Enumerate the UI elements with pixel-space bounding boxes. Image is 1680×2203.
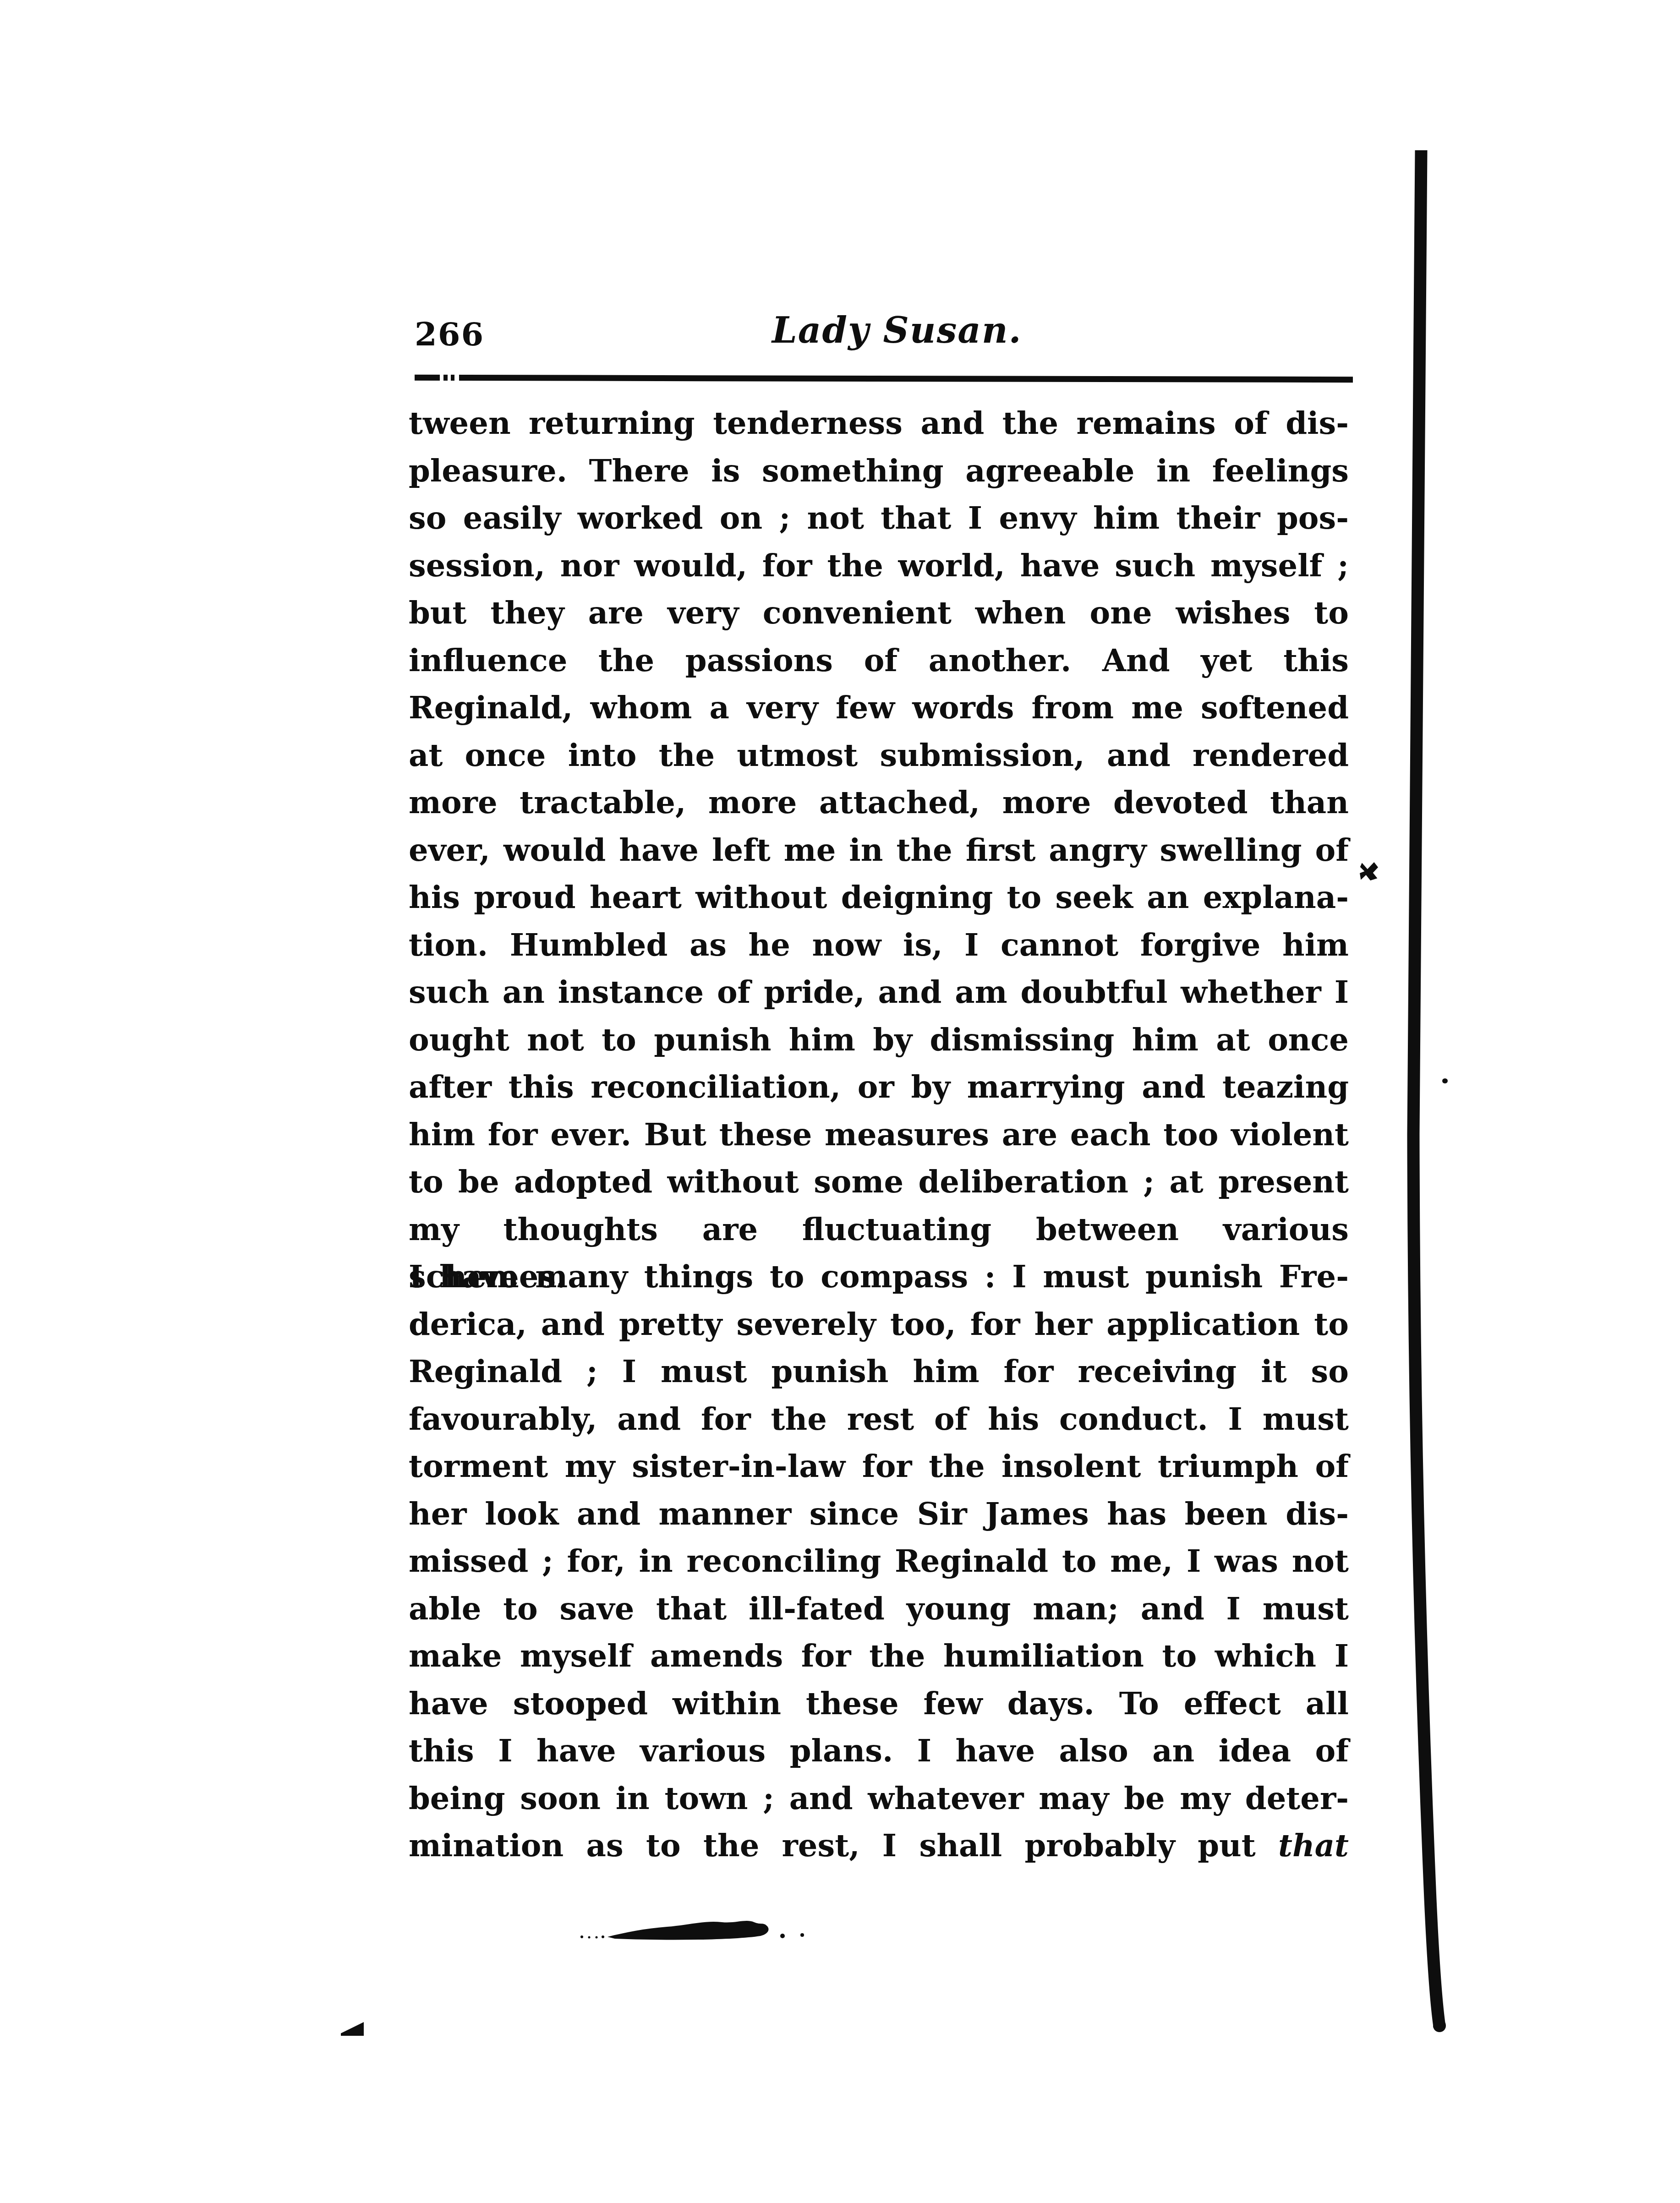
text-line: to be adopted without some deliberation … [409, 1158, 1349, 1206]
text-line: his proud heart without deigning to seek… [409, 874, 1349, 921]
text-line: Reginald ; I must punish him for receivi… [409, 1348, 1349, 1395]
text-line: but they are very convenient when one wi… [409, 589, 1349, 637]
text-line: torment my sister-in-law for the insolen… [409, 1443, 1349, 1490]
body-text: tween returning tenderness and the remai… [409, 399, 1349, 1870]
text-line: derica, and pretty severely too, for her… [409, 1301, 1349, 1348]
text-line: able to save that ill-fated young man; a… [409, 1585, 1349, 1633]
ink-smudge [575, 1913, 823, 1945]
text-line: at once into the utmost submission, and … [409, 732, 1349, 779]
text-line: my thoughts are fluctuating between vari… [409, 1206, 1349, 1253]
final-line-italic-word: that [1278, 1827, 1349, 1864]
ink-wedge-mark [341, 2022, 364, 2036]
text-line: missed ; for, in reconciling Reginald to… [409, 1537, 1349, 1585]
text-line: mination as to the rest, I shall probabl… [409, 1822, 1349, 1870]
scanned-page: { "colors": { "paper": "#ffffff", "ink":… [0, 0, 1680, 2203]
text-line: ought not to punish him by dismissing hi… [409, 1016, 1349, 1064]
text-line: tween returning tenderness and the remai… [409, 399, 1349, 447]
text-line: being soon in town ; and whatever may be… [409, 1775, 1349, 1822]
text-line: influence the passions of another. And y… [409, 637, 1349, 684]
running-title: Lady Susan. [772, 310, 1022, 351]
text-line: pleasure. There is something agreeable i… [409, 447, 1349, 495]
text-line: tion. Humbled as he now is, I cannot for… [409, 921, 1349, 969]
text-line: have stooped within these few days. To e… [409, 1680, 1349, 1727]
text-line: her look and manner since Sir James has … [409, 1490, 1349, 1538]
text-line: him for ever. But these measures are eac… [409, 1111, 1349, 1159]
text-line: more tractable, more attached, more devo… [409, 779, 1349, 826]
ink-blot-mark [1360, 862, 1378, 880]
text-line: this I have various plans. I have also a… [409, 1727, 1349, 1775]
book-gutter-bar [1401, 149, 1456, 2036]
text-line: make myself amends for the humiliation t… [409, 1632, 1349, 1680]
text-line: Reginald, whom a very few words from me … [409, 684, 1349, 732]
text-line: such an instance of pride, and am doubtf… [409, 968, 1349, 1016]
text-line: session, nor would, for the world, have … [409, 542, 1349, 590]
text-line: so easily worked on ; not that I envy hi… [409, 494, 1349, 542]
final-line-text: mination as to the rest, I shall probabl… [409, 1827, 1278, 1864]
text-line: after this reconciliation, or by marryin… [409, 1063, 1349, 1111]
text-line: favourably, and for the rest of his cond… [409, 1395, 1349, 1443]
header-rule [415, 375, 1353, 383]
text-line: I have many things to compass : I must p… [409, 1253, 1349, 1301]
text-line: ever, would have left me in the first an… [409, 826, 1349, 874]
text-lines: tween returning tenderness and the remai… [409, 399, 1349, 1822]
page-number: 266 [415, 315, 484, 353]
